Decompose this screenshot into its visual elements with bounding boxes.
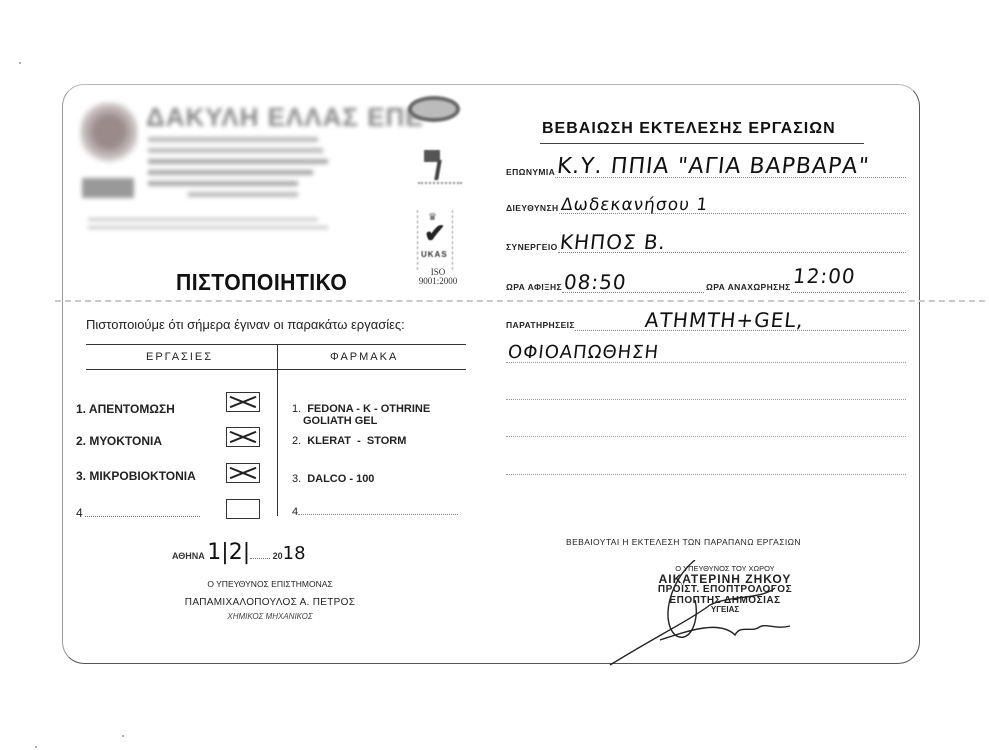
company-badge-icon — [82, 178, 134, 198]
certificate-title: ΠΙΣΤΟΠΟΙΗΤΙΚΟ — [176, 269, 347, 296]
date-year: 18 — [283, 543, 306, 564]
checkmark-icon: ✔ — [424, 220, 446, 246]
task-checkbox-disinsection[interactable] — [226, 392, 260, 412]
remarks-line-2: ΟΦΙΟΑΠΩΘΗΣΗ — [506, 362, 906, 363]
task-item: 2. ΜΥΟΚΤΟΝΙΑ — [76, 434, 162, 448]
blank-line — [506, 399, 906, 400]
blank-line — [506, 474, 906, 475]
company-footnote — [88, 218, 328, 234]
company-name: ΔΑΚΥΛΗ ΕΛΛΑΣ ΕΠΕ — [146, 102, 424, 133]
date-line: ΑΘΗΝΑ 1|2| 2018 — [172, 540, 306, 565]
drug-item: 3.DALCO - 100 — [292, 473, 374, 485]
arrival-value[interactable]: 08:50 — [563, 270, 628, 294]
table-header-rule — [86, 369, 466, 370]
date-day: 1 — [207, 540, 221, 565]
departure-value[interactable]: 12:00 — [791, 264, 856, 288]
responsible-role: Ο ΥΠΕΥΘΥΝΟΣ ΕΠΙΣΤΗΜΟΝΑΣ — [60, 579, 480, 589]
responsible-name: ΠΑΠΑΜΙΧΑΛΟΠΟΥΛΟΣ Α. ΠΕΤΡΟΣ — [60, 597, 480, 608]
certification-oval-icon — [408, 96, 460, 122]
task-checkbox-other[interactable] — [226, 499, 260, 519]
blank-line — [506, 436, 906, 437]
task-item: 4 — [76, 506, 200, 520]
table-column-divider — [277, 344, 278, 516]
ukas-logo: ♛ ✔ UKAS — [417, 210, 453, 270]
company-value[interactable]: Κ.Υ. ΠΠΙΑ "ΑΓΙΑ ΒΑΡΒΑΡΑ" — [556, 154, 871, 179]
drug-item: 4 — [292, 506, 458, 518]
field-crew: ΣΥΝΕΡΓΕΙΟ ΚΗΠΟΣ Β. — [506, 235, 906, 253]
task-item: 1. ΑΠΕΝΤΟΜΩΣΗ — [76, 402, 175, 416]
company-details — [148, 137, 328, 203]
official-stamp: Ο ΥΠΕΥΘΥΝΟΣ ΤΟΥ ΧΩΡΟΥ ΑΙΚΑΤΕΡΙΝΗ ΖΗΚΟΥ Π… — [640, 565, 810, 615]
table-top-rule — [86, 344, 466, 345]
confirmation-title: ΒΕΒΑΙΩΣΗ ΕΚΤΕΛΕΣΗΣ ΕΡΓΑΣΙΩΝ — [542, 120, 836, 138]
drug-item: 2.KLERAT - STORM — [292, 435, 406, 447]
task-checkbox-disinfection[interactable] — [226, 463, 260, 483]
scan-speck — [19, 62, 21, 64]
scan-speck — [35, 746, 37, 748]
company-logo-icon — [80, 102, 138, 168]
intro-text: Πιστοποιούμε ότι σήμερα έγιναν οι παρακά… — [86, 317, 405, 332]
field-departure: ΩΡΑ ΑΝΑΧΩΡΗΣΗΣ 12:00 — [706, 275, 906, 293]
field-address: ΔΙΕΥΘΥΝΣΗ Δωδεκανήσου 1 — [506, 196, 906, 214]
ukas-label: UKAS — [421, 250, 448, 259]
drug-item: 1.FEDONA - K - OTHRINEGOLIATH GEL — [292, 403, 430, 427]
column-header-drugs: ΦΑΡΜΑΚΑ — [330, 351, 398, 363]
responsible-title: ΧΗΜΙΚΟΣ ΜΗΧΑΝΙΚΟΣ — [60, 612, 480, 621]
field-arrival: ΩΡΑ ΑΦΙΞΗΣ 08:50 — [506, 275, 704, 293]
address-value[interactable]: Δωδεκανήσου 1 — [559, 195, 708, 215]
field-company: ΕΠΩΝΥΜΙΑ Κ.Υ. ΠΠΙΑ "ΑΓΙΑ ΒΑΡΒΑΡΑ" — [506, 160, 906, 178]
scan-speck — [122, 735, 124, 737]
field-remarks: ΠΑΡΑΤΗΡΗΣΕΙΣ ΑΤΗΜΤΗ+GEL, — [506, 313, 906, 331]
fold-line — [55, 300, 985, 302]
task-item: 3. ΜΙΚΡΟΒΙΟΚΤΟΝΙΑ — [76, 469, 196, 483]
column-header-tasks: ΕΡΓΑΣΙΕΣ — [146, 351, 213, 363]
crew-value[interactable]: ΚΗΠΟΣ Β. — [558, 230, 667, 254]
remarks-value[interactable]: ΑΤΗΜΤΗ+GEL, — [644, 308, 805, 332]
quality-mark-icon — [418, 146, 462, 192]
title-underline — [540, 143, 864, 144]
date-month: 2 — [229, 540, 243, 565]
task-checkbox-rodent-control[interactable] — [226, 427, 260, 447]
iso-label: ISO 9001:2000 — [418, 268, 458, 286]
remarks-value-line2[interactable]: ΟΦΙΟΑΠΩΘΗΣΗ — [507, 342, 660, 363]
confirmation-statement: ΒΕΒΑΙΟΥΤΑΙ Η ΕΚΤΕΛΕΣΗ ΤΩΝ ΠΑΡΑΠΑΝΩ ΕΡΓΑΣ… — [566, 537, 801, 547]
